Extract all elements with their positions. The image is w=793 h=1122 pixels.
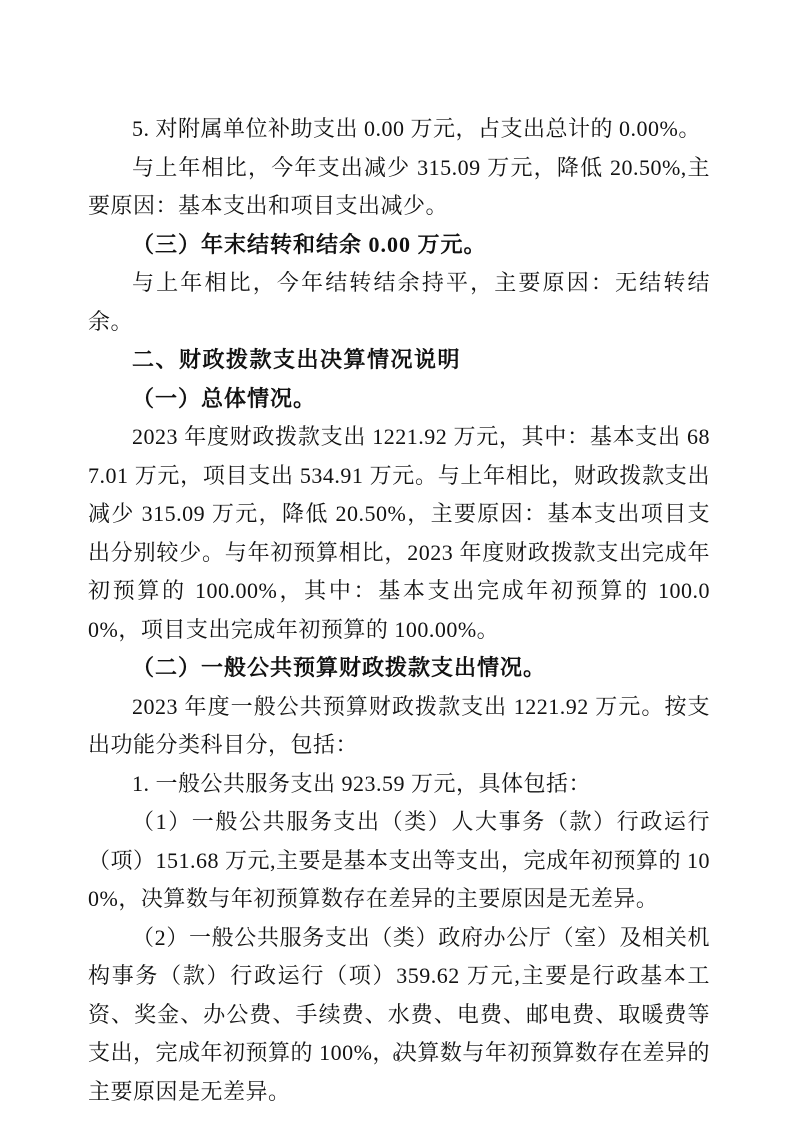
- paragraph-overall-detail: 2023 年度财政拨款支出 1221.92 万元，其中：基本支出 687.01 …: [88, 418, 710, 649]
- page-number: 6: [0, 1049, 793, 1066]
- paragraph-carryover-comparison: 与上年相比，今年结转结余持平，主要原因：无结转结余。: [88, 264, 710, 341]
- section-heading-carryover: （三）年末结转和结余 0.00 万元。: [88, 226, 710, 265]
- chapter-heading-fiscal-expense: 二、财政拨款支出决算情况说明: [88, 341, 710, 380]
- paragraph-item-2-gov-office: （2）一般公共服务支出（类）政府办公厅（室）及相关机构事务（款）行政运行（项）3…: [88, 919, 710, 1112]
- document-page: 5. 对附属单位补助支出 0.00 万元，占支出总计的 0.00%。 与上年相比…: [0, 0, 793, 1122]
- document-text-body: 5. 对附属单位补助支出 0.00 万元，占支出总计的 0.00%。 与上年相比…: [88, 110, 710, 1111]
- paragraph-public-budget-total: 2023 年度一般公共预算财政拨款支出 1221.92 万元。按支出功能分类科目…: [88, 688, 710, 765]
- paragraph-yearly-comparison: 与上年相比，今年支出减少 315.09 万元，降低 20.50%,主要原因：基本…: [88, 149, 710, 226]
- section-heading-overall: （一）总体情况。: [88, 380, 710, 419]
- paragraph-subsidy-expense: 5. 对附属单位补助支出 0.00 万元，占支出总计的 0.00%。: [88, 110, 710, 149]
- paragraph-general-service-total: 1. 一般公共服务支出 923.59 万元，具体包括：: [88, 765, 710, 804]
- section-heading-public-budget: （二）一般公共预算财政拨款支出情况。: [88, 649, 710, 688]
- paragraph-item-1-npc-affairs: （1）一般公共服务支出（类）人大事务（款）行政运行（项）151.68 万元,主要…: [88, 803, 710, 919]
